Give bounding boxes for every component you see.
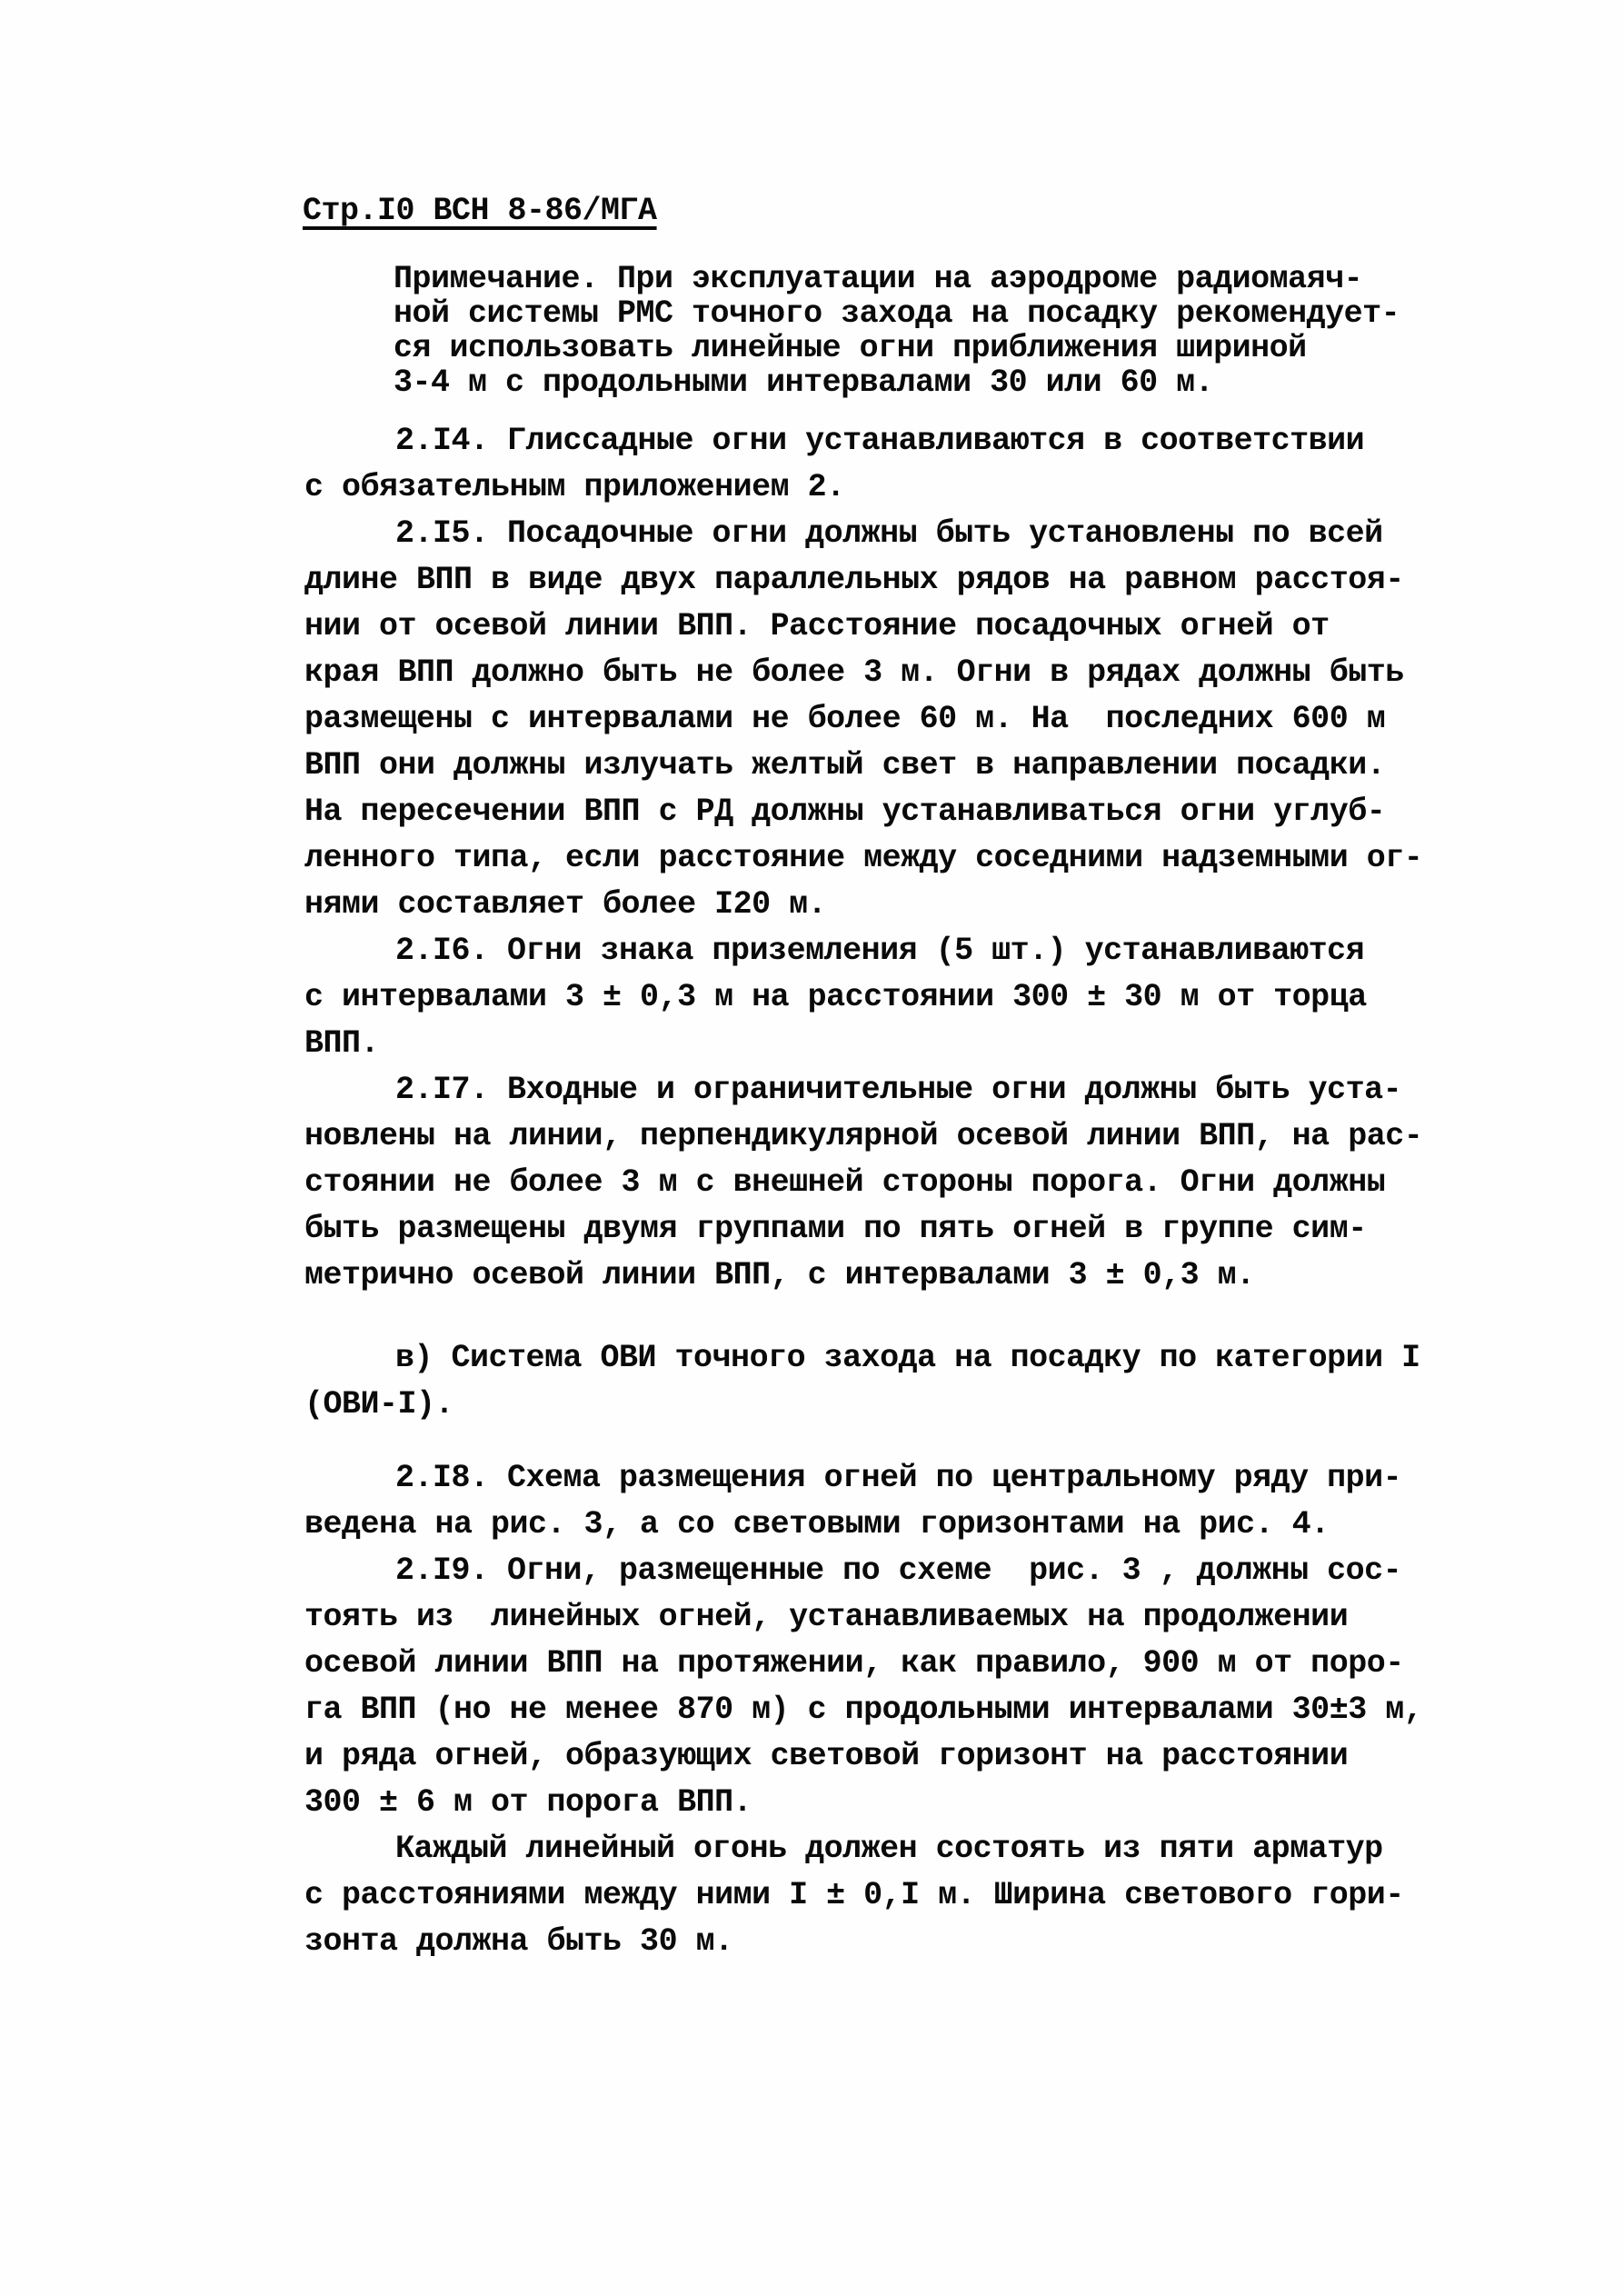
text-line: с обязательным приложением 2. [304,464,1477,511]
text-line: ведена на рис. 3, а со световыми горизон… [304,1502,1477,1548]
note-block: Примечание. При эксплуатации на аэродром… [394,262,1466,400]
note-line: Примечание. При эксплуатации на аэродром… [394,262,1466,296]
text-line: края ВПП должно быть не более 3 м. Огни … [304,650,1477,696]
paragraph-2-18: 2.I8. Схема размещения огней по централь… [304,1455,1477,1548]
paragraph-2-19: 2.I9. Огни, размещенные по схеме рис. 3 … [304,1548,1477,1826]
text-line: 2.I8. Схема размещения огней по централь… [304,1455,1477,1502]
text-line: метрично осевой линии ВПП, с интервалами… [304,1253,1477,1299]
paragraph-2-17: 2.I7. Входные и ограничительные огни дол… [304,1067,1477,1299]
text-line: быть размещены двумя группами по пять ог… [304,1206,1477,1253]
text-line: нями составляет более I20 м. [304,882,1477,928]
note-line: ся использовать линейные огни приближени… [394,331,1466,365]
text-line: ВПП. [304,1021,1477,1067]
text-line: На пересечении ВПП с РД должны устанавли… [304,789,1477,835]
text-line: 2.I9. Огни, размещенные по схеме рис. 3 … [304,1548,1477,1594]
scanned-document-page: Стр.I0 ВСН 8-86/МГА Примечание. При эксп… [0,0,1624,2296]
text-line: (ОВИ-I). [304,1382,1477,1428]
text-line: 2.I6. Огни знака приземления (5 шт.) уст… [304,928,1477,974]
text-line: с интервалами 3 ± 0,3 м на расстоянии 30… [304,974,1477,1021]
page-header: Стр.I0 ВСН 8-86/МГА [303,193,657,229]
text-line: ВПП они должны излучать желтый свет в на… [304,743,1477,789]
text-line: зонта должна быть 30 м. [304,1919,1477,1965]
paragraph-2-15: 2.I5. Посадочные огни должны быть устано… [304,511,1477,928]
note-line: ной системы РМС точного захода на посадк… [394,296,1466,331]
text-line: га ВПП (но не менее 870 м) с продольными… [304,1687,1477,1733]
text-line: 2.I7. Входные и ограничительные огни дол… [304,1067,1477,1113]
subsection-v-heading: в) Система ОВИ точного захода на посадку… [304,1335,1477,1428]
text-line: нии от осевой линии ВПП. Расстояние поса… [304,604,1477,650]
text-line: стоянии не более 3 м с внешней стороны п… [304,1160,1477,1206]
text-line: в) Система ОВИ точного захода на посадку… [304,1335,1477,1382]
text-line: размещены с интервалами не более 60 м. Н… [304,696,1477,743]
text-line: новлены на линии, перпендикулярной осево… [304,1113,1477,1160]
text-line: осевой линии ВПП на протяжении, как прав… [304,1641,1477,1687]
note-line: 3-4 м с продольными интервалами 30 или 6… [394,365,1466,400]
text-line: длине ВПП в виде двух параллельных рядов… [304,557,1477,604]
text-line: 2.I4. Глиссадные огни устанавливаются в … [304,418,1477,464]
paragraph-2-14: 2.I4. Глиссадные огни устанавливаются в … [304,418,1477,511]
text-line: тоять из линейных огней, устанавливаемых… [304,1594,1477,1641]
text-line: ленного типа, если расстояние между сосе… [304,835,1477,882]
text-line: Каждый линейный огонь должен состоять из… [304,1826,1477,1872]
paragraph-final: Каждый линейный огонь должен состоять из… [304,1826,1477,1965]
text-line: с расстояниями между ними I ± 0,I м. Шир… [304,1872,1477,1919]
text-line: и ряда огней, образующих световой горизо… [304,1733,1477,1780]
text-line: 2.I5. Посадочные огни должны быть устано… [304,511,1477,557]
body-text: 2.I4. Глиссадные огни устанавливаются в … [304,418,1477,1965]
paragraph-2-16: 2.I6. Огни знака приземления (5 шт.) уст… [304,928,1477,1067]
text-line: 300 ± 6 м от порога ВПП. [304,1780,1477,1826]
